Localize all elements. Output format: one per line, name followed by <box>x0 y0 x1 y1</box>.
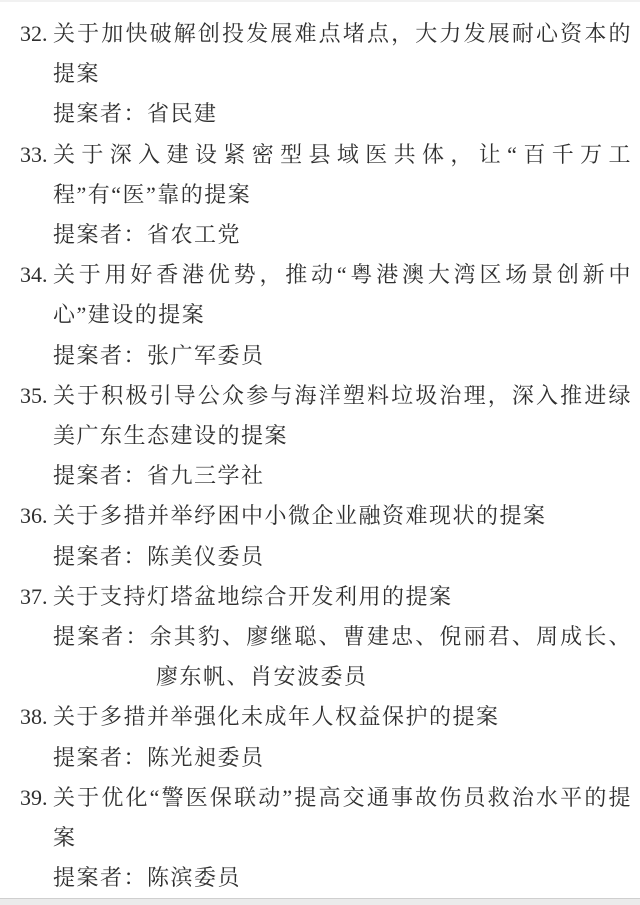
item-number: 36. <box>20 496 53 536</box>
proposal-item-32: 32. 关于加快破解创投发展难点堵点，大力发展耐心资本的提案 提案者：省民建 <box>20 14 632 135</box>
proposal-title: 关于多措并举纾困中小微企业融资难现状的提案 <box>53 496 632 536</box>
proposal-item-33: 33. 关于深入建设紧密型县域医共体，让“百千万工程”有“医”靠的提案 提案者：… <box>20 135 632 256</box>
proposer-names: 陈光昶委员 <box>147 745 265 770</box>
proposer-line: 提案者：省九三学社 <box>53 456 632 496</box>
proposer-line: 提案者：陈美仪委员 <box>53 537 632 577</box>
proposer-label: 提案者： <box>53 865 147 890</box>
proposer-names: 省农工党 <box>147 222 241 247</box>
item-number: 37. <box>20 577 53 617</box>
item-number: 38. <box>20 697 53 737</box>
proposer-names: 余其豹、廖继聪、曹建忠、倪丽君、周成长、廖东帆、肖安波委员 <box>150 624 632 689</box>
proposal-title: 关于多措并举强化未成年人权益保护的提案 <box>53 697 632 737</box>
proposal-item-37: 37. 关于支持灯塔盆地综合开发利用的提案 提案者：余其豹、廖继聪、曹建忠、倪丽… <box>20 577 632 698</box>
proposer-label: 提案者： <box>53 343 147 368</box>
proposer-names: 张广军委员 <box>147 343 265 368</box>
item-number: 39. <box>20 778 53 818</box>
proposer-line: 提案者：张广军委员 <box>53 336 632 376</box>
proposer-line: 提案者：省农工党 <box>53 215 632 255</box>
proposer-label: 提案者： <box>53 544 147 569</box>
proposal-title: 关于用好香港优势，推动“粤港澳大湾区场景创新中心”建设的提案 <box>53 255 632 335</box>
proposal-item-38: 38. 关于多措并举强化未成年人权益保护的提案 提案者：陈光昶委员 <box>20 697 632 777</box>
proposal-list-page: 32. 关于加快破解创投发展难点堵点，大力发展耐心资本的提案 提案者：省民建 3… <box>0 0 640 898</box>
item-number: 33. <box>20 135 53 175</box>
proposal-item-35: 35. 关于积极引导公众参与海洋塑料垃圾治理，深入推进绿美广东生态建设的提案 提… <box>20 376 632 497</box>
proposer-names: 省九三学社 <box>147 463 265 488</box>
proposer-label: 提案者： <box>53 745 147 770</box>
proposer-label: 提案者： <box>53 222 147 247</box>
proposal-title: 关于积极引导公众参与海洋塑料垃圾治理，深入推进绿美广东生态建设的提案 <box>53 376 632 456</box>
proposal-title: 关于深入建设紧密型县域医共体，让“百千万工程”有“医”靠的提案 <box>53 135 632 215</box>
item-number: 34. <box>20 255 53 295</box>
page-bottom-edge <box>0 898 640 905</box>
proposal-item-39: 39. 关于优化“警医保联动”提高交通事故伤员救治水平的提案 提案者：陈滨委员 <box>20 778 632 899</box>
proposer-names: 陈美仪委员 <box>147 544 265 569</box>
proposer-line: 提案者：陈光昶委员 <box>53 738 632 778</box>
proposal-title: 关于优化“警医保联动”提高交通事故伤员救治水平的提案 <box>53 778 632 858</box>
item-number: 32. <box>20 14 53 54</box>
proposal-item-36: 36. 关于多措并举纾困中小微企业融资难现状的提案 提案者：陈美仪委员 <box>20 496 632 576</box>
proposer-names: 省民建 <box>147 101 218 126</box>
proposer-names: 陈滨委员 <box>147 865 241 890</box>
proposer-line: 提案者：陈滨委员 <box>53 858 632 898</box>
item-number: 35. <box>20 376 53 416</box>
proposer-label: 提案者： <box>53 624 150 649</box>
proposer-label: 提案者： <box>53 101 147 126</box>
proposer-line: 提案者：余其豹、廖继聪、曹建忠、倪丽君、周成长、廖东帆、肖安波委员 <box>53 617 632 697</box>
page-top-edge <box>0 0 640 2</box>
proposer-label: 提案者： <box>53 463 147 488</box>
proposal-item-34: 34. 关于用好香港优势，推动“粤港澳大湾区场景创新中心”建设的提案 提案者：张… <box>20 255 632 376</box>
proposal-title: 关于加快破解创投发展难点堵点，大力发展耐心资本的提案 <box>53 14 632 94</box>
proposal-title: 关于支持灯塔盆地综合开发利用的提案 <box>53 577 632 617</box>
proposer-line: 提案者：省民建 <box>53 94 632 134</box>
